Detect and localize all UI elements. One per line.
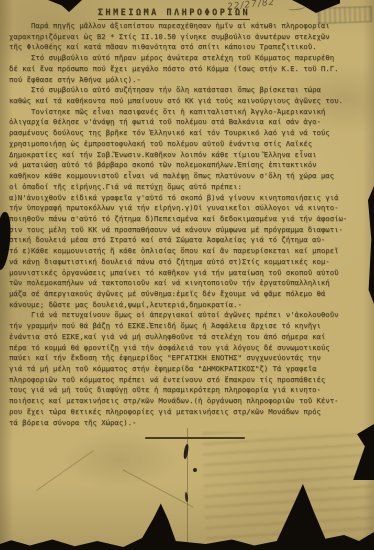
text-line: πληροφοριῶν τοῦ κόμματος πρέπει νά ἐντεί…	[9, 375, 369, 386]
text-line: Παρά πηγῆς μᾶλλον ἀξιοπίστου παρεσχέθησα…	[9, 21, 369, 32]
text-line: μάζα σέ ἀπεργιακούς ἀγῶνες μέ σύνθημα:ἐμ…	[9, 289, 369, 300]
text-line: γιά τά μή μέλη τοῦ κόμματος στήν ἐφημερί…	[9, 364, 369, 375]
text-line: ὀλιγαρχία θέλησε ν'ἀνάψῃ τή φωτιά τοῦ πο…	[9, 117, 369, 128]
document-body: ΣΗΜΕΙΩΜΑ ΠΛΗΡΟΦΟΡΙΩΝ Παρά πηγῆς μᾶλλον ἀ…	[9, 8, 369, 428]
text-line: ποιήσεις καί μετακινήσεις στρ/κῶν Μονάδω…	[9, 396, 369, 407]
text-line: τήν ὑπογραφή πρωτοκόλλων γιά τήν εἰρήνη.…	[9, 203, 369, 214]
text-line: στική δουλειά μέσα στό Στρατό καί στά Σώ…	[9, 235, 369, 246]
text-line: τους γιά νά μή τούς διαφύγῃ οὔτε ἡ παραμ…	[9, 385, 369, 396]
text-line: πέρα τό κομμά θά φροντίζῃ γιά τήν ἀσφάλε…	[9, 343, 369, 354]
document-lines: Παρά πηγῆς μᾶλλον ἀξιοπίστου παρεσχέθησα…	[9, 21, 369, 428]
scanned-document: 22/27/82 ΣΗΜΕΙΩΜΑ ΠΛΗΡΟΦΟΡΙΩΝ Παρά πηγῆς…	[0, 0, 374, 550]
text-line: πού ἔφθασε στήν Ἀθήνα μόλις).-	[9, 75, 369, 86]
text-line: καθώς καί τά καθήκοντα πού μπαίνουν στό …	[9, 96, 369, 107]
text-line: σιν τους μέλη τοῦ ΚΚ νά προσπαθήσουν νά …	[9, 225, 369, 236]
ink-speck	[193, 468, 197, 472]
text-line: Στό συμβούλιο αὐτό συζήτησαν τήν ὅλη κατ…	[9, 85, 369, 96]
text-line: νά ματαιώσῃ αὐτό τό βάρβαρο σκοπό τῶν πο…	[9, 160, 369, 171]
document-title: ΣΗΜΕΙΩΜΑ ΠΛΗΡΟΦΟΡΙΩΝ	[9, 8, 339, 18]
text-line: τῶν πολεμοκαπήλων νά τακτοποιοῦν καί νά …	[9, 278, 369, 289]
text-line: μουνιστικές ὀργανώσεις μπαίνει τό καθῆκο…	[9, 268, 369, 279]
text-line: τά βόρεια σύνορα τῆς Χώρας).-	[9, 418, 369, 429]
text-line: Στό συμβούλιο αὐτό πῆραν μέρος ἀνώτερα σ…	[9, 53, 369, 64]
text-line: χαρακτηριζόμεναι ὡς Β2 * Στίς ΙΙ.10.50 γ…	[9, 32, 369, 43]
text-line: καθῆκον κάθε κομμουνιστοῦ εἶναι νά παλέψ…	[9, 171, 369, 182]
text-line: κάνουμε; δῶστε μας δουλειά,ψωμί,λευτεριά…	[9, 300, 369, 311]
text-line: ρου ἔχει τώρα θετικές πληροφορίες γιά με…	[9, 407, 369, 418]
text-line: παύει καί τήν ἔκδοση τῆς ἐφημερίδος "ΕΡΓ…	[9, 353, 369, 364]
text-line: δέ καί ἕνα πρόσωπο πού ἔχει μεγάλο πόστο…	[9, 64, 369, 75]
text-line: χρησιμοποιήσῃ ὡς ἐμπροστοφυλακή τοῦ πολέ…	[9, 139, 369, 150]
text-line: ρασμένους δούλους της βρῆκε τόν Ἑλληνικό…	[9, 128, 369, 139]
text-line: τῆς Φιλοθέης καί κατά πᾶσαν πιθανότητα σ…	[9, 42, 369, 53]
text-line: τό ε)Κάθε κομμουνιστής ἤ κάθε ὁπλισίας ὅ…	[9, 246, 369, 257]
text-line: Τονίστηκε πῶς εἶναι πασιφανές ὅτι ἡ καπι…	[9, 107, 369, 118]
text-line: τήν γραμμήν πού θά βάζῃ τό ΕΣΚΕ.Ἐπειδή ὅ…	[9, 321, 369, 332]
text-line: α)Ν'ἀνοιχθοῦν εἰδικά γραφεῖα γ'αὐτό τό σ…	[9, 193, 369, 204]
text-line: νά κάνῃ διαφωτιστική δουλειά πάνω στό ζή…	[9, 257, 369, 268]
text-line: ἐνάντια στό ΕΣΚΕ,καί γιά νά μή συλληφθοῦ…	[9, 332, 369, 343]
text-line: ποιηθοῦν πάνω σ'αὐτό τό ζήτημα δ)Πεπεισμ…	[9, 214, 369, 225]
text-line: οἱ ὀπαδοί τῆς εἰρήνης.Γιά νά πετύχῃ ὅμως…	[9, 182, 369, 193]
text-line: Δημοκρατίες καί τήν Σοβ.Ἕνωσιν.Καθῆκον λ…	[9, 150, 369, 161]
text-line: Γιά νά πετυχαίνουν ὅμως οἱ ἀπεργιακοί αὐ…	[9, 310, 369, 321]
